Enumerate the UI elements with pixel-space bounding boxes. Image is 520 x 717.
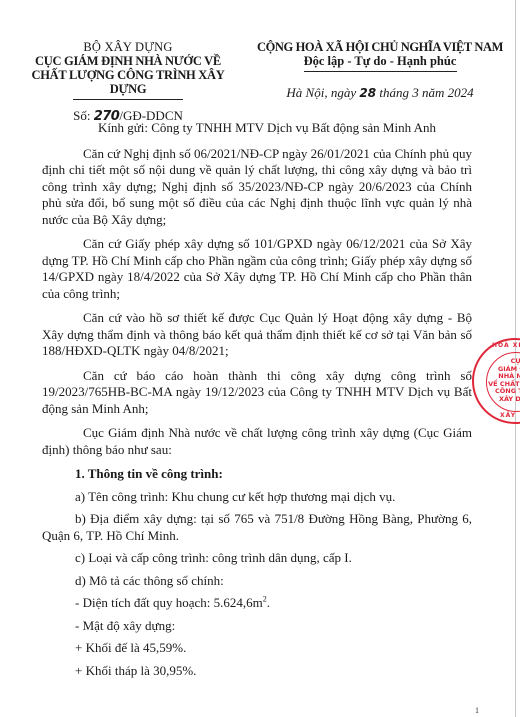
motto-underline (304, 71, 457, 72)
document-body: Kính gửi: Công ty TNHH MTV Dịch vụ Bất đ… (42, 120, 472, 685)
document-date: Hà Nội, ngày 28 tháng 3 năm 2024 (245, 86, 515, 100)
national-header: CỘNG HOÀ XÃ HỘI CHỦ NGHĨA VIỆT NAM Độc l… (245, 40, 515, 100)
seal-ring-top-text: HOÀ XHCN (492, 342, 520, 349)
item-type-grade: c) Loại và cấp công trình: công trình dâ… (75, 550, 472, 567)
podium-density: + Khối đế là 45,59%. (75, 640, 472, 657)
seal-ring-bottom-text: XÂY (500, 412, 516, 419)
density-label: - Mật độ xây dựng: (75, 618, 472, 635)
national-motto: Độc lập - Tự do - Hạnh phúc (245, 54, 515, 68)
date-day-handwritten: 28 (359, 86, 376, 100)
seal-line: XÂY DỰNG (488, 396, 520, 404)
section-heading: 1. Thông tin về công trình: (75, 466, 472, 483)
page-number: 1 (475, 706, 479, 715)
item-main-params: d) Mô tả các thông số chính: (75, 573, 472, 590)
agency-name-line2: CHẤT LƯỢNG CÔNG TRÌNH XÂY DỰNG (28, 68, 228, 96)
legal-basis-paragraph: Căn cứ báo cáo hoàn thành thi công xây d… (42, 368, 472, 418)
land-area-label: - Diện tích đất quy hoạch: 5.624,6m (75, 595, 263, 610)
ministry-name: BỘ XÂY DỰNG (28, 40, 228, 54)
item-project-name: a) Tên công trình: Khu chung cư kết hợp … (75, 489, 472, 506)
agency-name-line1: CỤC GIÁM ĐỊNH NHÀ NƯỚC VỀ (28, 54, 228, 68)
item-location: b) Địa điểm xây dựng: tại số 765 và 751/… (42, 511, 472, 544)
issuer-header: BỘ XÂY DỰNG CỤC GIÁM ĐỊNH NHÀ NƯỚC VỀ CH… (28, 40, 228, 124)
date-suffix: tháng 3 năm 2024 (376, 85, 474, 100)
nation-name: CỘNG HOÀ XÃ HỘI CHỦ NGHĨA VIỆT NAM (245, 40, 515, 54)
header-underline (73, 99, 183, 100)
recipient-line: Kính gửi: Công ty TNHH MTV Dịch vụ Bất đ… (62, 120, 472, 137)
tower-density: + Khối tháp là 30,95%. (75, 663, 472, 680)
land-area-end: . (267, 595, 270, 610)
official-seal: HOÀ XHCN CỤC GIÁM ĐỊNH NHÀ NƯỚC VỀ CHẤT … (472, 338, 520, 424)
legal-basis-paragraph: Căn cứ Nghị định số 06/2021/NĐ-CP ngày 2… (42, 146, 472, 229)
legal-basis-paragraph: Căn cứ vào hồ sơ thiết kế được Cục Quản … (42, 310, 472, 360)
date-prefix: Hà Nội, ngày (286, 85, 359, 100)
land-area: - Diện tích đất quy hoạch: 5.624,6m2. (75, 595, 472, 612)
seal-center-text: CỤC GIÁM ĐỊNH NHÀ NƯỚC VỀ CHẤT LƯỢNG CÔN… (488, 358, 520, 403)
legal-basis-paragraph: Căn cứ Giấy phép xây dựng số 101/GPXD ng… (42, 236, 472, 302)
notice-intro-paragraph: Cục Giám định Nhà nước về chất lượng côn… (42, 425, 472, 458)
document-page: BỘ XÂY DỰNG CỤC GIÁM ĐỊNH NHÀ NƯỚC VỀ CH… (0, 0, 520, 717)
